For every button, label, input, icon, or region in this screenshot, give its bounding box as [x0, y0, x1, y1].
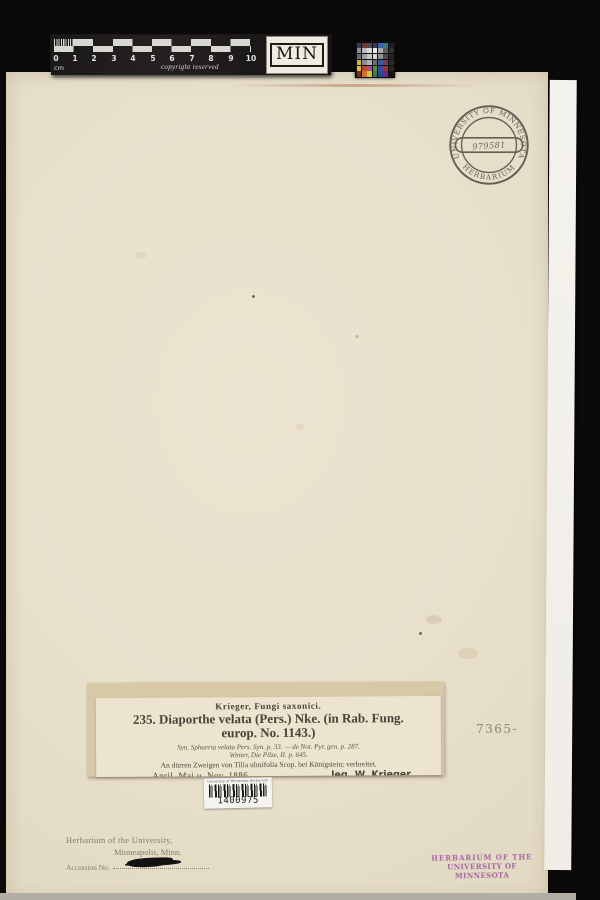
color-patch [383, 48, 388, 53]
herbarium-imprint: Herbarium of the University, Minneapolis… [66, 835, 256, 872]
label-species-title-line2: europ. No. 1143.) [96, 725, 441, 741]
foxing-spot [252, 295, 255, 298]
foxing-spot [419, 632, 422, 635]
foxing-spot [458, 648, 478, 659]
color-patch [373, 43, 378, 48]
ruler-tick-label: 10 [246, 54, 256, 63]
foxing-spot [426, 615, 442, 624]
color-patch [389, 48, 394, 53]
scale-ruler: 0 1 2 3 4 5 6 7 8 9 10 cm copyright rese… [51, 35, 331, 75]
color-patch [373, 48, 378, 53]
institution-code-label: MIN [276, 44, 318, 64]
foxing-spot [296, 424, 305, 430]
color-patch [383, 60, 388, 65]
color-patch [383, 54, 388, 59]
imprint-line1: Herbarium of the University, [66, 835, 256, 845]
color-patch [367, 60, 372, 65]
color-patch [383, 71, 388, 76]
color-patch [389, 43, 394, 48]
color-patch [362, 43, 367, 48]
ruler-tick-label: 0 [53, 54, 58, 63]
table-edge-strip [0, 893, 576, 900]
specimen-label: Krieger, Fungi saxonici. 235. Diaporthe … [96, 696, 441, 777]
color-patch [378, 43, 383, 48]
ruler-tick-label: 4 [130, 54, 135, 63]
color-patch [389, 66, 394, 71]
label-collection-date: April, Mai u. Nov. 1886 [152, 770, 248, 777]
imprint-line2: Minneapolis, Minn. [114, 847, 256, 857]
color-patch [357, 60, 362, 65]
color-patch [367, 48, 372, 53]
purple-ownership-stamp: HERBARIUM OF THE UNIVERSITY OF MINNESOTA [426, 852, 538, 881]
color-patch [362, 48, 367, 53]
ruler-tick-label: 3 [111, 54, 116, 63]
color-patch [357, 71, 362, 76]
color-patch [378, 54, 383, 59]
color-patch [378, 71, 383, 76]
ruler-copyright-text: copyright reserved [161, 63, 219, 71]
ruler-unit-label: cm [54, 64, 64, 72]
ruler-tick-label: 1 [72, 54, 77, 63]
purple-stamp-line2: UNIVERSITY OF MINNESOTA [426, 861, 538, 881]
color-patch [378, 60, 383, 65]
foxing-spot [355, 335, 359, 338]
backing-paper-strip [544, 80, 577, 870]
color-patch [389, 54, 394, 59]
color-patch [357, 66, 362, 71]
color-patch [373, 66, 378, 71]
color-patch [357, 48, 362, 53]
color-patch [383, 43, 388, 48]
color-patch [373, 60, 378, 65]
accession-dotted-line [113, 868, 209, 869]
accession-label: Accession No. [66, 863, 110, 872]
color-patch [383, 66, 388, 71]
specimen-photo: 0 1 2 3 4 5 6 7 8 9 10 cm copyright rese… [0, 0, 600, 900]
ruler-tick-label: 9 [228, 54, 233, 63]
ruler-tick-label: 6 [169, 54, 174, 63]
color-patch [367, 43, 372, 48]
color-patch [357, 43, 362, 48]
color-patch [367, 71, 372, 76]
color-patch [373, 71, 378, 76]
barcode-label: University of Minnesota Herbarium 140097… [204, 777, 273, 808]
foxing-spot [136, 252, 146, 259]
stamp-handwritten-number: 979581 [472, 139, 506, 151]
color-checker [355, 41, 395, 78]
institution-code-frame: MIN [270, 43, 324, 67]
university-round-stamp: UNIVERSITY OF MINNESOTA HERBARIUM 979581 [444, 100, 534, 190]
color-patch [378, 48, 383, 53]
ruler-tick-label: 2 [91, 54, 96, 63]
ruler-tick-label: 7 [189, 54, 194, 63]
color-patch [373, 54, 378, 59]
color-patch [378, 66, 383, 71]
sheet-number-stamp: 7365- [476, 722, 518, 736]
color-patch [367, 66, 372, 71]
color-patch [367, 54, 372, 59]
color-patch [389, 60, 394, 65]
ruler-tick-label: 8 [208, 54, 213, 63]
color-patch [362, 60, 367, 65]
color-patch [389, 71, 394, 76]
institution-code-card: MIN [267, 37, 327, 73]
color-patch [362, 66, 367, 71]
barcode-number: 1400975 [204, 796, 272, 806]
sheet-top-edge-tint [230, 84, 480, 87]
ruler-tick-label: 5 [150, 54, 155, 63]
color-patch [362, 71, 367, 76]
color-patch [357, 54, 362, 59]
color-patch [362, 54, 367, 59]
ruler-checker-pattern [54, 39, 251, 52]
